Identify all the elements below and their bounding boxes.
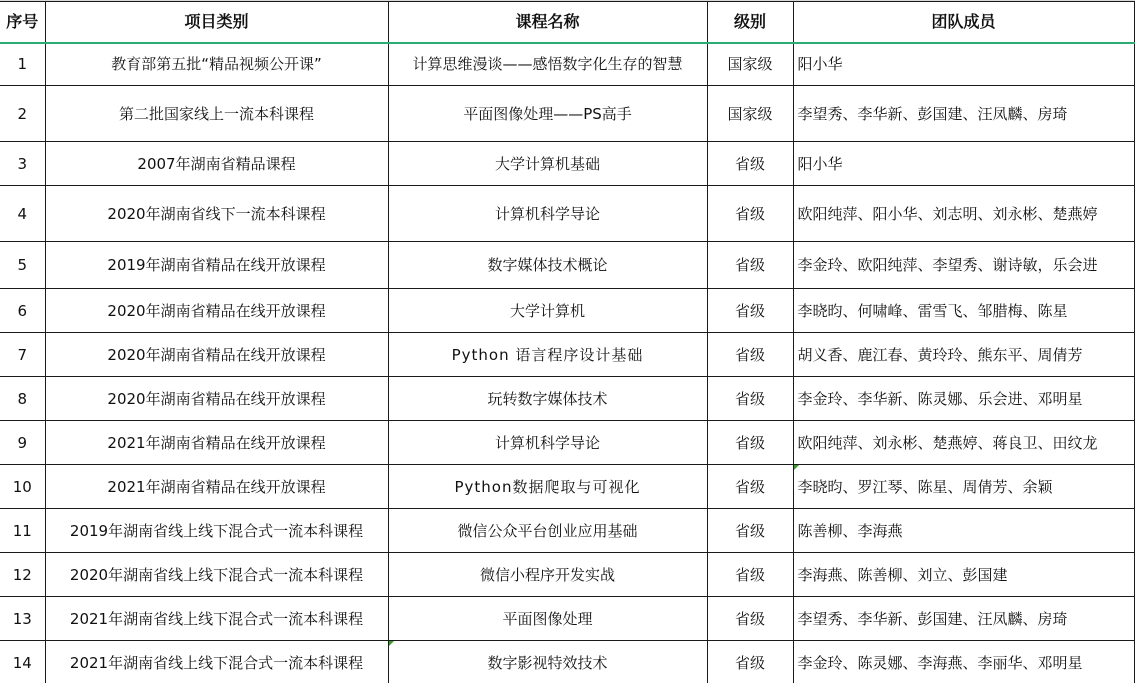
cell-index[interactable]: 12: [0, 553, 45, 597]
cell-level[interactable]: 省级: [707, 242, 793, 289]
cell-index[interactable]: 9: [0, 421, 45, 465]
cell-level[interactable]: 省级: [707, 142, 793, 186]
cell-team[interactable]: 欧阳纯萍、阳小华、刘志明、刘永彬、楚燕婷: [793, 186, 1134, 242]
cell-level[interactable]: 国家级: [707, 43, 793, 86]
cell-course-name[interactable]: 计算思维漫谈——感悟数字化生存的智慧: [388, 43, 707, 86]
cell-course-name[interactable]: 微信小程序开发实战: [388, 553, 707, 597]
table-row: 42020年湖南省线下一流本科课程计算机科学导论省级欧阳纯萍、阳小华、刘志明、刘…: [0, 186, 1134, 242]
cell-team[interactable]: 李望秀、李华新、彭国建、汪凤麟、房琦: [793, 86, 1134, 142]
cell-category[interactable]: 2019年湖南省精品在线开放课程: [45, 242, 388, 289]
cell-team[interactable]: 陈善柳、李海燕: [793, 509, 1134, 553]
table-row: 92021年湖南省精品在线开放课程计算机科学导论省级欧阳纯萍、刘永彬、楚燕婷、蒋…: [0, 421, 1134, 465]
cell-category[interactable]: 2020年湖南省精品在线开放课程: [45, 377, 388, 421]
table-row: 2第二批国家线上一流本科课程平面图像处理——PS高手国家级李望秀、李华新、彭国建…: [0, 86, 1134, 142]
header-category[interactable]: 项目类别: [45, 2, 388, 43]
cell-course-name[interactable]: 平面图像处理——PS高手: [388, 86, 707, 142]
cell-category[interactable]: 2007年湖南省精品课程: [45, 142, 388, 186]
cell-course-name[interactable]: 大学计算机基础: [388, 142, 707, 186]
cell-index[interactable]: 13: [0, 597, 45, 641]
cell-category[interactable]: 2021年湖南省精品在线开放课程: [45, 465, 388, 509]
cell-course-name[interactable]: 计算机科学导论: [388, 186, 707, 242]
header-level[interactable]: 级别: [707, 2, 793, 43]
cell-course-name[interactable]: 数字影视特效技术: [388, 641, 707, 683]
header-row: 序号 项目类别 课程名称 级别 团队成员: [0, 2, 1134, 43]
cell-course-name[interactable]: 计算机科学导论: [388, 421, 707, 465]
cell-category[interactable]: 2020年湖南省线下一流本科课程: [45, 186, 388, 242]
course-table: 序号 项目类别 课程名称 级别 团队成员 1教育部第五批“精品视频公开课”计算思…: [0, 1, 1135, 683]
cell-index[interactable]: 10: [0, 465, 45, 509]
cell-index[interactable]: 8: [0, 377, 45, 421]
cell-team[interactable]: 李海燕、陈善柳、刘立、彭国建: [793, 553, 1134, 597]
cell-level[interactable]: 省级: [707, 553, 793, 597]
cell-team[interactable]: 胡义香、鹿江春、黄玲玲、熊东平、周倩芳: [793, 333, 1134, 377]
cell-index[interactable]: 5: [0, 242, 45, 289]
cell-index[interactable]: 1: [0, 43, 45, 86]
cell-category[interactable]: 2020年湖南省线上线下混合式一流本科课程: [45, 553, 388, 597]
table-row: 82020年湖南省精品在线开放课程玩转数字媒体技术省级李金玲、李华新、陈灵娜、乐…: [0, 377, 1134, 421]
table-row: 112019年湖南省线上线下混合式一流本科课程微信公众平台创业应用基础省级陈善柳…: [0, 509, 1134, 553]
cell-index[interactable]: 3: [0, 142, 45, 186]
cell-category[interactable]: 2019年湖南省线上线下混合式一流本科课程: [45, 509, 388, 553]
cell-level[interactable]: 省级: [707, 509, 793, 553]
header-index[interactable]: 序号: [0, 2, 45, 43]
cell-category[interactable]: 2020年湖南省精品在线开放课程: [45, 333, 388, 377]
cell-level[interactable]: 国家级: [707, 86, 793, 142]
cell-index[interactable]: 14: [0, 641, 45, 683]
table-row: 142021年湖南省线上线下混合式一流本科课程数字影视特效技术省级李金玲、陈灵娜…: [0, 641, 1134, 683]
cell-category[interactable]: 教育部第五批“精品视频公开课”: [45, 43, 388, 86]
cell-index[interactable]: 4: [0, 186, 45, 242]
cell-team[interactable]: 李望秀、李华新、彭国建、汪凤麟、房琦: [793, 597, 1134, 641]
table-row: 132021年湖南省线上线下混合式一流本科课程平面图像处理省级李望秀、李华新、彭…: [0, 597, 1134, 641]
table-row: 62020年湖南省精品在线开放课程大学计算机省级李晓昀、何啸峰、雷雪飞、邹腊梅、…: [0, 289, 1134, 333]
cell-course-name[interactable]: 数字媒体技术概论: [388, 242, 707, 289]
cell-course-name[interactable]: 微信公众平台创业应用基础: [388, 509, 707, 553]
cell-team[interactable]: 李晓昀、何啸峰、雷雪飞、邹腊梅、陈星: [793, 289, 1134, 333]
cell-team[interactable]: 李金玲、李华新、陈灵娜、乐会进、邓明星: [793, 377, 1134, 421]
table-row: 102021年湖南省精品在线开放课程Python数据爬取与可视化省级李晓昀、罗江…: [0, 465, 1134, 509]
cell-level[interactable]: 省级: [707, 289, 793, 333]
cell-index[interactable]: 2: [0, 86, 45, 142]
header-course-name[interactable]: 课程名称: [388, 2, 707, 43]
table-row: 122020年湖南省线上线下混合式一流本科课程微信小程序开发实战省级李海燕、陈善…: [0, 553, 1134, 597]
cell-level[interactable]: 省级: [707, 421, 793, 465]
cell-course-name[interactable]: 大学计算机: [388, 289, 707, 333]
cell-index[interactable]: 6: [0, 289, 45, 333]
cell-category[interactable]: 2021年湖南省线上线下混合式一流本科课程: [45, 641, 388, 683]
cell-category[interactable]: 第二批国家线上一流本科课程: [45, 86, 388, 142]
cell-category[interactable]: 2021年湖南省线上线下混合式一流本科课程: [45, 597, 388, 641]
cell-course-name[interactable]: 平面图像处理: [388, 597, 707, 641]
cell-course-name[interactable]: 玩转数字媒体技术: [388, 377, 707, 421]
cell-level[interactable]: 省级: [707, 333, 793, 377]
cell-team[interactable]: 欧阳纯萍、刘永彬、楚燕婷、蒋良卫、田纹龙: [793, 421, 1134, 465]
cell-level[interactable]: 省级: [707, 641, 793, 683]
cell-index[interactable]: 7: [0, 333, 45, 377]
table-row: 32007年湖南省精品课程大学计算机基础省级阳小华: [0, 142, 1134, 186]
cell-level[interactable]: 省级: [707, 465, 793, 509]
cell-team[interactable]: 阳小华: [793, 43, 1134, 86]
cell-team[interactable]: 李晓昀、罗江琴、陈星、周倩芳、余颖: [793, 465, 1134, 509]
table-row: 1教育部第五批“精品视频公开课”计算思维漫谈——感悟数字化生存的智慧国家级阳小华: [0, 43, 1134, 86]
cell-level[interactable]: 省级: [707, 377, 793, 421]
cell-course-name[interactable]: Python数据爬取与可视化: [388, 465, 707, 509]
cell-index[interactable]: 11: [0, 509, 45, 553]
cell-team[interactable]: 李金玲、欧阳纯萍、李望秀、谢诗敏，乐会进: [793, 242, 1134, 289]
cell-level[interactable]: 省级: [707, 186, 793, 242]
header-team[interactable]: 团队成员: [793, 2, 1134, 43]
cell-team[interactable]: 阳小华: [793, 142, 1134, 186]
cell-team[interactable]: 李金玲、陈灵娜、李海燕、李丽华、邓明星: [793, 641, 1134, 683]
table-row: 52019年湖南省精品在线开放课程数字媒体技术概论省级李金玲、欧阳纯萍、李望秀、…: [0, 242, 1134, 289]
cell-category[interactable]: 2021年湖南省精品在线开放课程: [45, 421, 388, 465]
table-row: 72020年湖南省精品在线开放课程Python 语言程序设计基础省级胡义香、鹿江…: [0, 333, 1134, 377]
cell-category[interactable]: 2020年湖南省精品在线开放课程: [45, 289, 388, 333]
cell-course-name[interactable]: Python 语言程序设计基础: [388, 333, 707, 377]
cell-level[interactable]: 省级: [707, 597, 793, 641]
